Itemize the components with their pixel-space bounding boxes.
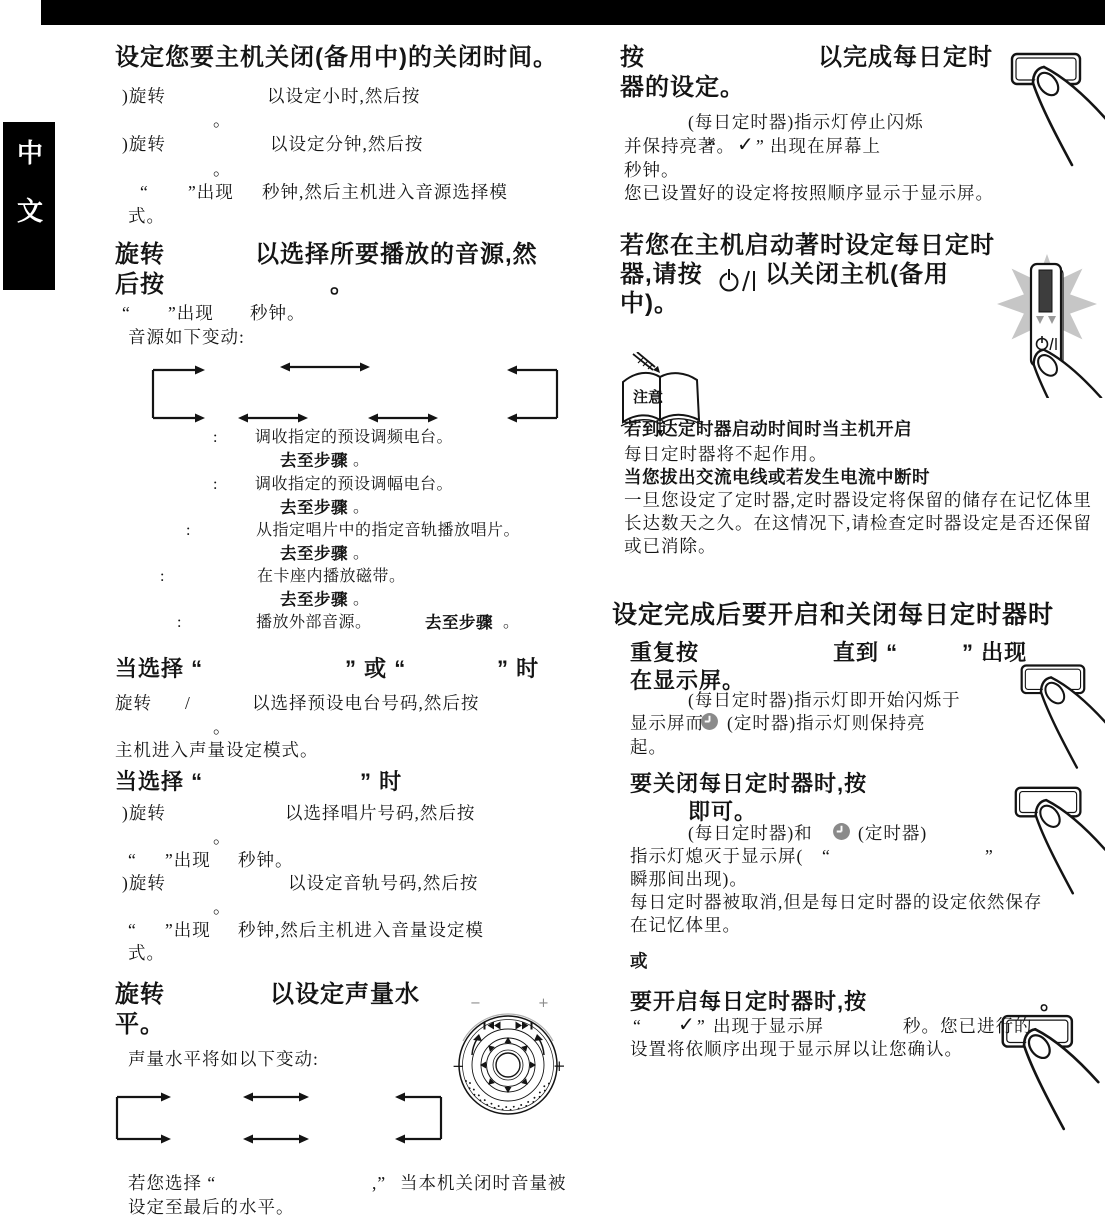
text-run: “ bbox=[822, 848, 831, 866]
text-run: 当您拔出交流电线或若发生电流中断时 bbox=[624, 469, 930, 487]
text-run: 秒钟,然后主机进入音量设定模 bbox=[238, 922, 484, 940]
heading-text: 器的设定。 bbox=[620, 76, 745, 100]
heading-text: 器,请按 bbox=[620, 263, 703, 287]
text-run: 主机进入声量设定模式。 bbox=[115, 742, 319, 760]
text-run: 。 bbox=[353, 500, 370, 516]
text-run: 在记忆体里。 bbox=[630, 917, 741, 935]
text-run: 若到达定时器启动时间时当主机开启 bbox=[624, 421, 912, 439]
jog-dial-illustration: − + bbox=[450, 993, 566, 1125]
text-run: )旋转 bbox=[122, 88, 166, 106]
text-run: 秒钟。 bbox=[250, 305, 306, 323]
language-tab-char: 中 bbox=[17, 140, 43, 166]
text-run: 。 bbox=[353, 592, 370, 608]
text-run: “ bbox=[708, 138, 717, 156]
heading-text: 按 bbox=[620, 46, 645, 70]
heading-text: 设定完成后要开启和关闭每日定时器时 bbox=[612, 603, 1054, 628]
text-run: ,” bbox=[372, 1175, 386, 1193]
dial-spoke-triangles bbox=[480, 1037, 536, 1093]
text-run: 以设定音轨号码,然后按 bbox=[288, 875, 478, 893]
heading-text: 以完成每日定时 bbox=[818, 46, 993, 70]
dial-rewind-minus-label: − bbox=[470, 996, 481, 1011]
text-run: 式。 bbox=[128, 208, 165, 226]
text-run: 指示灯熄灭于显示屏( bbox=[630, 848, 803, 866]
dial-forward-plus-label: + bbox=[538, 996, 549, 1011]
text-run: 调收指定的预设调幅电台。 bbox=[255, 477, 453, 493]
heading-text: ” 时 bbox=[497, 658, 539, 680]
text-run: (每日定时器)指示灯即开始闪烁于 bbox=[688, 692, 961, 710]
volume-cycle-diagram bbox=[113, 1082, 453, 1154]
heading-text: 设定您要主机关闭(备用中)的关闭时间。 bbox=[115, 46, 558, 70]
text-run: 以选择唱片号码,然后按 bbox=[285, 805, 475, 823]
text-run: 当本机关闭时音量被 bbox=[400, 1175, 567, 1193]
text-run: )旋转 bbox=[122, 875, 166, 893]
finger-press-button-illustration bbox=[1012, 782, 1105, 900]
text-run: 在卡座内播放磁带。 bbox=[257, 569, 406, 585]
text-run: 式。 bbox=[128, 945, 165, 963]
text-run: ”出现 bbox=[188, 184, 234, 202]
text-run: 设置将依顺序出现于显示屏以让您确认。 bbox=[630, 1041, 963, 1059]
text-run: 秒钟。 bbox=[624, 162, 680, 180]
text-run: : bbox=[160, 569, 165, 585]
heading-text: 重复按 bbox=[630, 642, 699, 664]
text-run: 旋转 bbox=[115, 695, 152, 713]
check-mark: ✓ bbox=[678, 1014, 695, 1034]
heading-text: 中)。 bbox=[620, 292, 679, 316]
timer-indicator-icon bbox=[832, 822, 851, 841]
text-run: ” bbox=[756, 138, 765, 156]
text-run: 播放外部音源。 bbox=[256, 615, 372, 631]
text-run: 以设定小时,然后按 bbox=[267, 88, 420, 106]
text-run: 声量水平将如以下变动: bbox=[128, 1051, 319, 1069]
heading-text: ” 或 “ bbox=[345, 658, 406, 680]
heading-text: 。 bbox=[1040, 991, 1063, 1013]
text-run: “ bbox=[128, 922, 137, 940]
text-run: ”出现 bbox=[165, 852, 211, 870]
heading-text: 直到 “ bbox=[833, 642, 898, 664]
text-run: 每日定时器将不起作用。 bbox=[624, 446, 828, 464]
text-run: (每日定时器)指示灯停止闪烁 bbox=[688, 114, 924, 132]
source-cycle-diagram bbox=[150, 356, 560, 428]
text-run: ”出现 bbox=[165, 922, 211, 940]
text-run: 音源如下变动: bbox=[128, 329, 245, 347]
text-run: 每日定时器被取消,但是每日定时器的设定依然保存 bbox=[630, 894, 1042, 912]
dial-plus-label: + bbox=[553, 1057, 566, 1075]
heading-text: 以选择所要播放的音源,然 bbox=[255, 243, 538, 267]
text-run: : bbox=[213, 430, 218, 446]
heading-text: 在显示屏。 bbox=[630, 670, 745, 692]
heading-text: 旋转 bbox=[115, 983, 165, 1007]
text-run: 长达数天之久。在这情况下,请检查定时器设定是否还保留 bbox=[624, 515, 1092, 533]
top-black-bar bbox=[41, 0, 1105, 25]
finger-press-button-illustration bbox=[1018, 658, 1105, 776]
text-run: 去至步骤 bbox=[280, 592, 348, 609]
text-run: 。 bbox=[353, 453, 370, 469]
check-mark: ✓ bbox=[737, 134, 754, 154]
text-run: 。 bbox=[213, 112, 232, 130]
text-run: “ bbox=[140, 184, 149, 202]
heading-text: 即可。 bbox=[688, 801, 757, 823]
heading-text: 后按 bbox=[115, 273, 165, 297]
heading-text: 当选择 “ bbox=[115, 658, 203, 680]
text-run: 。 bbox=[213, 829, 232, 847]
text-run: 。 bbox=[213, 161, 232, 179]
text-run: ”出现 bbox=[168, 305, 214, 323]
text-run: 去至步骤 bbox=[280, 453, 348, 470]
language-tab-char: 文 bbox=[17, 198, 43, 224]
text-run: 以选择预设电台号码,然后按 bbox=[252, 695, 479, 713]
text-run: 秒。您已进行的 bbox=[903, 1018, 1033, 1036]
text-run: 起。 bbox=[630, 739, 667, 757]
text-run: 出现于显示屏 bbox=[713, 1018, 824, 1036]
text-run: 显示屏而 bbox=[630, 715, 704, 733]
note-label: 注意 bbox=[633, 388, 663, 406]
text-run: 并保持亮著。 bbox=[624, 138, 735, 156]
dial-minus-label: − bbox=[452, 1057, 465, 1075]
heading-text: 若您在主机启动著时设定每日定时 bbox=[620, 234, 995, 258]
heading-text: 要开启每日定时器时,按 bbox=[630, 991, 867, 1013]
heading-text: 旋转 bbox=[115, 243, 165, 267]
text-run: ” bbox=[985, 848, 994, 866]
text-run: ” bbox=[697, 1018, 706, 1036]
heading-text: 。 bbox=[330, 273, 355, 297]
manual-page: − + bbox=[0, 0, 1105, 1221]
text-run: : bbox=[186, 523, 191, 539]
text-run: 去至步骤 bbox=[280, 546, 348, 563]
text-run: 从指定唱片中的指定音轨播放唱片。 bbox=[256, 523, 520, 539]
text-run: 调收指定的预设调频电台。 bbox=[255, 430, 453, 446]
text-run: )旋转 bbox=[122, 805, 166, 823]
text-run: “ bbox=[633, 1018, 642, 1036]
text-run: 瞬那间出现)。 bbox=[630, 871, 748, 889]
power-symbol-icon bbox=[718, 266, 762, 294]
text-run: 。 bbox=[353, 546, 370, 562]
text-run: 。 bbox=[503, 615, 520, 631]
text-run: 去至步骤 bbox=[280, 500, 348, 517]
text-run: 秒钟。 bbox=[238, 852, 294, 870]
text-run: 您已设置好的设定将按照顺序显示于显示屏。 bbox=[624, 185, 994, 203]
text-run: : bbox=[177, 615, 182, 631]
text-run: (每日定时器)和 bbox=[688, 825, 813, 843]
text-run: / bbox=[185, 695, 191, 713]
text-run: 一旦您设定了定时器,定时器设定将保留的储存在记忆体里 bbox=[624, 492, 1092, 510]
heading-text: 以关闭主机(备用 bbox=[765, 263, 949, 287]
text-run: 。 bbox=[213, 899, 232, 917]
text-run: (定时器) bbox=[858, 825, 927, 843]
text-run: 秒钟,然后主机进入音源选择模 bbox=[262, 184, 508, 202]
text-run: : bbox=[213, 477, 218, 493]
text-run: 以设定分钟,然后按 bbox=[270, 136, 423, 154]
text-run: 若您选择 “ bbox=[128, 1175, 216, 1193]
heading-text: ” 出现 bbox=[962, 642, 1027, 664]
finger-press-button-illustration bbox=[1008, 50, 1105, 170]
text-run: 去至步骤 bbox=[425, 615, 493, 632]
pen-icon bbox=[633, 352, 655, 370]
text-run: 或 bbox=[630, 953, 648, 971]
heading-text: ” 时 bbox=[360, 771, 402, 793]
power-button-illustration bbox=[993, 248, 1105, 398]
text-run: (定时器)指示灯则保持亮 bbox=[727, 715, 926, 733]
text-run: “ bbox=[128, 852, 137, 870]
text-run: “ bbox=[122, 305, 131, 323]
text-run: 设定至最后的水平。 bbox=[128, 1199, 295, 1217]
text-run: )旋转 bbox=[122, 136, 166, 154]
heading-text: 要关闭每日定时器时,按 bbox=[630, 773, 867, 795]
heading-text: 当选择 “ bbox=[115, 771, 203, 793]
heading-text: 以设定声量水 bbox=[270, 983, 420, 1007]
text-run: 或已消除。 bbox=[624, 538, 717, 556]
text-run: 。 bbox=[213, 719, 232, 737]
heading-text: 平。 bbox=[115, 1013, 165, 1037]
text-run: 出现在屏幕上 bbox=[770, 138, 881, 156]
